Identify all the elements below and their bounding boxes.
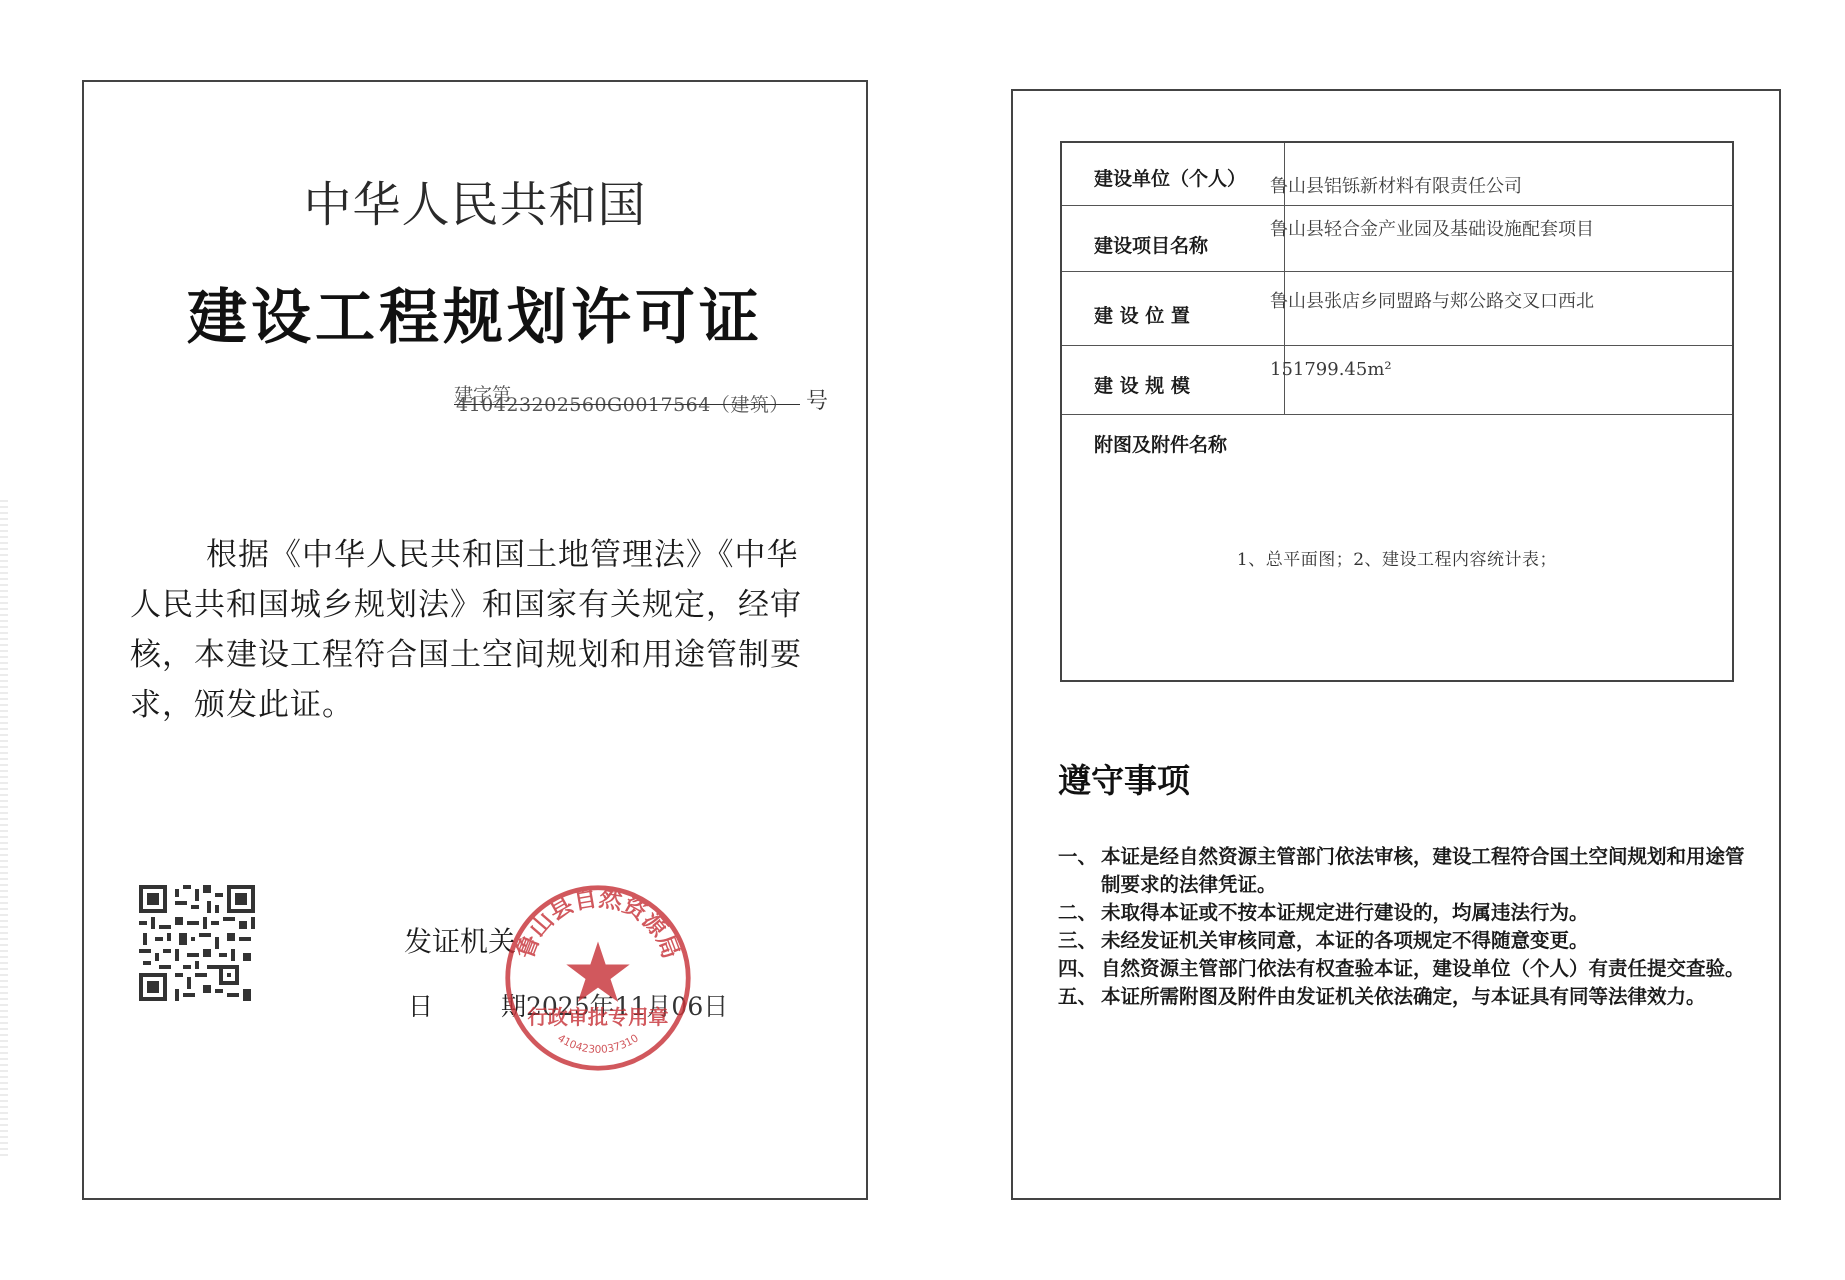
row-label: 建 设 位 置 — [1094, 301, 1190, 328]
certificate-number: 建字第 410423202560G0017564（建筑） 号 — [454, 380, 834, 420]
svg-text:4104230037310: 4104230037310 — [555, 1032, 641, 1056]
country-heading: 中华人民共和国 — [84, 166, 866, 235]
seal-code: 4104230037310 — [555, 1032, 641, 1056]
row-label: 建设项目名称 — [1094, 231, 1208, 258]
qr-code-icon — [138, 885, 256, 1001]
project-info-table: 建设单位（个人） 鲁山县铝铄新材料有限责任公司 建设项目名称 鲁山县轻合金产业园… — [1060, 141, 1734, 682]
attachments-label: 附图及附件名称 — [1094, 430, 1227, 457]
row-label: 建设单位（个人） — [1094, 164, 1246, 191]
notice-item: 三、未经发证机关审核同意，本证的各项规定不得随意变更。 — [1058, 927, 1748, 955]
notice-item: 一、本证是经自然资源主管部门依法审核，建设工程符合国土空间规划和用途管制要求的法… — [1058, 843, 1748, 899]
notice-item: 五、本证所需附图及附件由发证机关依法确定，与本证具有同等法律效力。 — [1058, 983, 1748, 1011]
scan-edge-noise — [0, 500, 8, 1160]
table-row-construction-unit: 建设单位（个人） 鲁山县铝铄新材料有限责任公司 — [1062, 143, 1732, 206]
official-seal-icon: 鲁山县自然资源局 行政审批专用章 4104230037310 — [502, 882, 694, 1074]
date-label-char-1: 日 — [408, 992, 433, 1021]
table-row-project-name: 建设项目名称 鲁山县轻合金产业园及基础设施配套项目 — [1062, 205, 1732, 272]
notice-list: 一、本证是经自然资源主管部门依法审核，建设工程符合国土空间规划和用途管制要求的法… — [1058, 843, 1748, 1011]
row-value: 鲁山县铝铄新材料有限责任公司 — [1270, 172, 1522, 198]
notice-item: 二、未取得本证或不按本证规定进行建设的，均属违法行为。 — [1058, 899, 1748, 927]
cert-number-underline — [454, 404, 800, 405]
permit-front-page: 中华人民共和国 建设工程规划许可证 建字第 410423202560G00175… — [82, 80, 868, 1200]
table-row-location: 建 设 位 置 鲁山县张店乡同盟路与郏公路交叉口西北 — [1062, 271, 1732, 346]
certificate-title: 建设工程规划许可证 — [84, 270, 866, 356]
notice-title: 遵守事项 — [1058, 755, 1190, 802]
permit-back-page: 建设单位（个人） 鲁山县铝铄新材料有限责任公司 建设项目名称 鲁山县轻合金产业园… — [1011, 89, 1781, 1200]
seal-bottom-text: 行政审批专用章 — [527, 1005, 668, 1029]
cert-number-suffix: 号 — [806, 384, 828, 415]
row-value: 151799.45m² — [1270, 359, 1392, 380]
attachments-value: 1、总平面图；2、建设工程内容统计表； — [1062, 545, 1732, 570]
row-value: 鲁山县张店乡同盟路与郏公路交叉口西北 — [1270, 287, 1594, 313]
row-label: 建 设 规 模 — [1094, 371, 1190, 398]
row-value: 鲁山县轻合金产业园及基础设施配套项目 — [1270, 215, 1594, 241]
notice-item: 四、自然资源主管部门依法有权查验本证，建设单位（个人）有责任提交查验。 — [1058, 955, 1748, 983]
table-row-scale: 建 设 规 模 151799.45m² — [1062, 345, 1732, 415]
certificate-body-text: 根据《中华人民共和国土地管理法》《中华人民共和国城乡规划法》和国家有关规定，经审… — [130, 530, 830, 730]
issuer-label: 发证机关 — [404, 920, 516, 960]
